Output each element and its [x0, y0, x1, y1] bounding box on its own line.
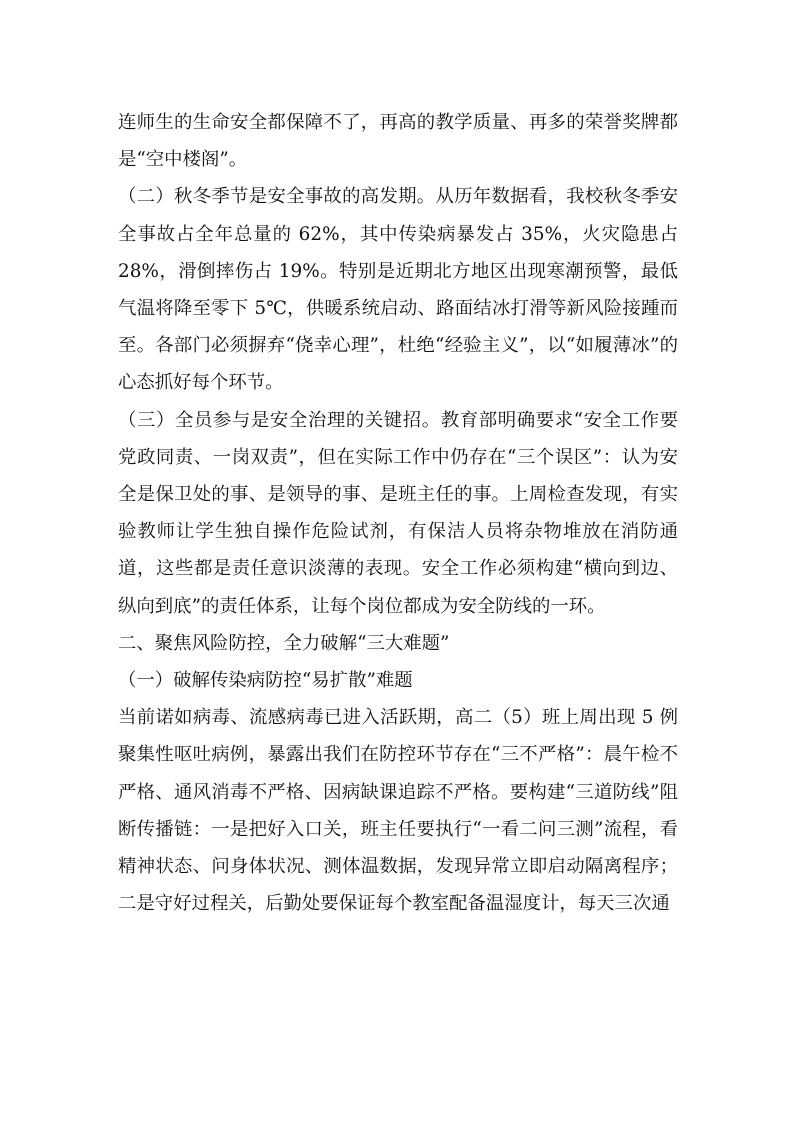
- subheading-infectious-disease: （一）破解传染病防控“易扩散”难题: [118, 662, 678, 699]
- section-heading-risk-control: 二、聚焦风险防控，全力破解“三大难题”: [118, 625, 678, 662]
- paragraph-full-participation: （三）全员参与是安全治理的关键招。教育部明确要求“安全工作要党政同责、一岗双责”…: [118, 402, 678, 625]
- paragraph-infectious-disease-measures: 当前诺如病毒、流感病毒已进入活跃期，高二（5）班上周出现 5 例聚集性呕吐病例，…: [118, 699, 678, 922]
- paragraph-autumn-winter-risk: （二）秋冬季节是安全事故的高发期。从历年数据看，我校秋冬季安全事故占全年总量的 …: [118, 178, 678, 401]
- document-page: 连师生的生命安全都保障不了，再高的教学质量、再多的荣誉奖牌都是“空中楼阁”。 （…: [118, 104, 678, 922]
- paragraph-intro-continuation: 连师生的生命安全都保障不了，再高的教学质量、再多的荣誉奖牌都是“空中楼阁”。: [118, 104, 678, 178]
